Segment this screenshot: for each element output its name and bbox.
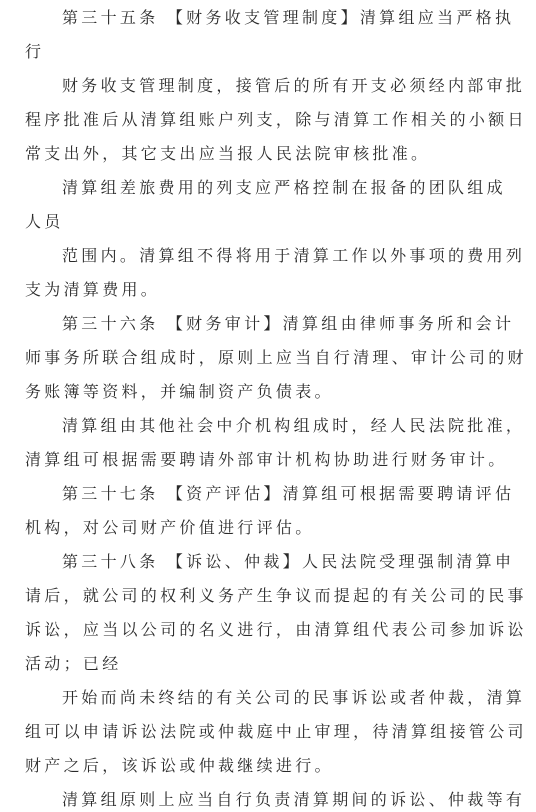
paragraph-start-line: 清算组由其他社会中介机构组成时，经人民法院批准， xyxy=(25,409,525,443)
text-line: 务账簿等资料，并编制资产负债表。 xyxy=(25,375,525,409)
paragraph-start-line: 范围内。清算组不得将用于清算工作以外事项的费用列 xyxy=(25,239,525,273)
text-line: 机构，对公司财产价值进行评估。 xyxy=(25,511,525,545)
paragraph-start-line: 清算组差旅费用的列支应严格控制在报备的团队组成 xyxy=(25,171,525,205)
text-line: 人员 xyxy=(25,205,525,239)
text-line: 行 xyxy=(25,35,525,69)
text-line: 常支出外，其它支出应当报人民法院审核批准。 xyxy=(25,137,525,171)
article-35-heading-line: 第三十五条 【财务收支管理制度】清算组应当严格执 xyxy=(25,1,525,35)
article-36-heading-line: 第三十六条 【财务审计】清算组由律师事务所和会计 xyxy=(25,307,525,341)
paragraph-start-line: 清算组原则上应当自行负责清算期间的诉讼、仲裁等有 xyxy=(25,783,525,812)
text-line: 师事务所联合组成时，原则上应当自行清理、审计公司的财 xyxy=(25,341,525,375)
paragraph-start-line: 开始而尚未终结的有关公司的民事诉讼或者仲裁，清算 xyxy=(25,681,525,715)
text-line: 财产之后，该诉讼或仲裁继续进行。 xyxy=(25,749,525,783)
paragraph-start-line: 财务收支管理制度，接管后的所有开支必须经内部审批 xyxy=(25,69,525,103)
document-body: 第三十五条 【财务收支管理制度】清算组应当严格执 行 财务收支管理制度，接管后的… xyxy=(25,1,525,812)
text-line: 支为清算费用。 xyxy=(25,273,525,307)
text-line: 程序批准后从清算组账户列支，除与清算工作相关的小额日 xyxy=(25,103,525,137)
text-line: 诉讼，应当以公司的名义进行，由清算组代表公司参加诉讼 xyxy=(25,613,525,647)
text-line: 组可以申请诉讼法院或仲裁庭中止审理，待清算组接管公司 xyxy=(25,715,525,749)
article-38-heading-line: 第三十八条 【诉讼、仲裁】人民法院受理强制清算申 xyxy=(25,545,525,579)
text-line: 活动；已经 xyxy=(25,647,525,681)
text-line: 请后，就公司的权利义务产生争议而提起的有关公司的民事 xyxy=(25,579,525,613)
text-line: 清算组可根据需要聘请外部审计机构协助进行财务审计。 xyxy=(25,443,525,477)
article-37-heading-line: 第三十七条 【资产评估】清算组可根据需要聘请评估 xyxy=(25,477,525,511)
